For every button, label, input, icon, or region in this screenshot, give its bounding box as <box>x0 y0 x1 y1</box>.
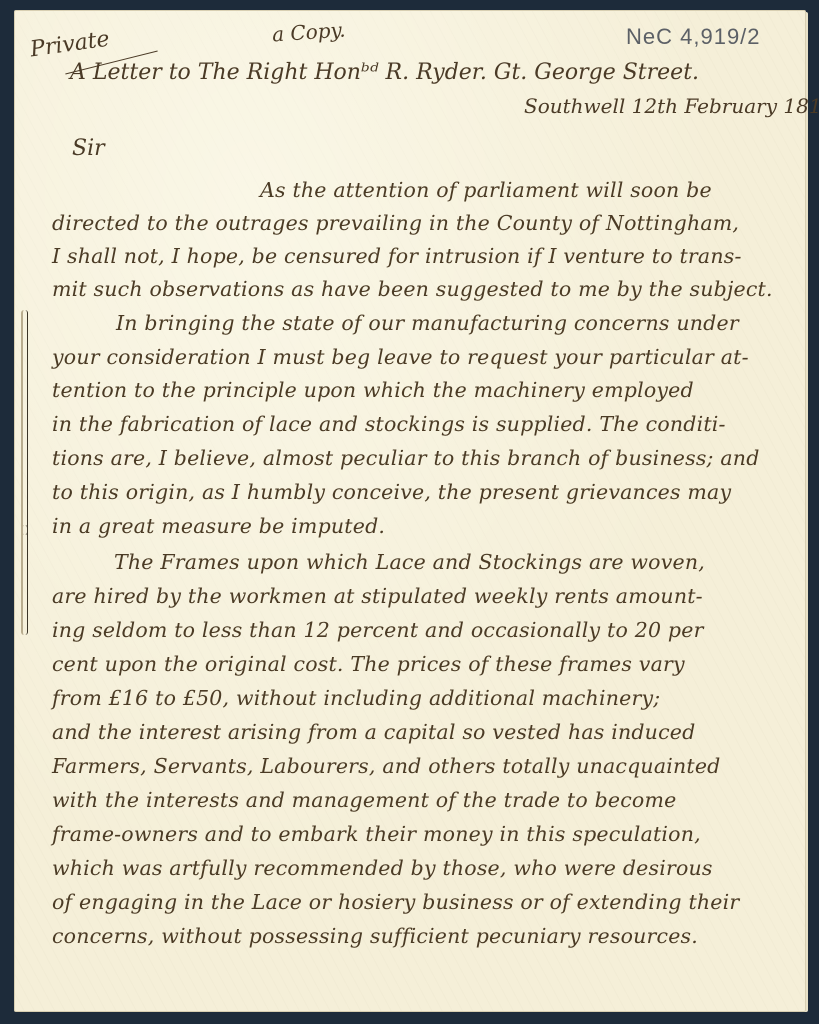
place-and-date: Southwell 12th February 1812 <box>524 94 819 118</box>
letter-line: of engaging in the Lace or hosiery busin… <box>52 890 812 914</box>
manuscript-page: Private a Copy. NeC 4,919/2 A Letter to … <box>14 10 806 1012</box>
letter-heading: A Letter to The Right Honᵇᵈ R. Ryder. Gt… <box>70 60 699 85</box>
letter-line: As the attention of parliament will soon… <box>260 178 819 202</box>
letter-line: from £16 to £50, without including addit… <box>52 686 812 710</box>
salutation: Sir <box>72 136 105 161</box>
letter-line: in a great measure be imputed. <box>52 514 812 538</box>
letter-line: The Frames upon which Lace and Stockings… <box>114 550 819 574</box>
letter-line: frame-owners and to embark their money i… <box>52 822 812 846</box>
copy-annotation: a Copy. <box>271 17 346 46</box>
letter-line: concerns, without possessing sufficient … <box>52 924 812 948</box>
letter-line: mit such observations as have been sugge… <box>52 277 812 301</box>
letter-line: in the fabrication of lace and stockings… <box>52 412 812 436</box>
letter-line: are hired by the workmen at stipulated w… <box>52 584 812 608</box>
letter-line: your consideration I must beg leave to r… <box>52 345 812 369</box>
private-annotation: Private <box>29 27 111 63</box>
letter-line: tention to the principle upon which the … <box>52 378 812 402</box>
letter-line: which was artfully recommended by those,… <box>52 856 812 880</box>
binding-stitch <box>21 310 28 535</box>
letter-line: ing seldom to less than 12 percent and o… <box>52 618 812 642</box>
letter-line: directed to the outrages prevailing in t… <box>52 211 812 235</box>
letter-line: to this origin, as I humbly conceive, th… <box>52 480 812 504</box>
letter-line: cent upon the original cost. The prices … <box>52 652 812 676</box>
letter-line: Farmers, Servants, Labourers, and others… <box>52 754 812 778</box>
letter-line: with the interests and management of the… <box>52 788 812 812</box>
letter-line: and the interest arising from a capital … <box>52 720 812 744</box>
catalogue-number: NeC 4,919/2 <box>626 24 761 50</box>
letter-line: In bringing the state of our manufacturi… <box>116 311 819 335</box>
letter-line: I shall not, I hope, be censured for int… <box>52 244 812 268</box>
letter-line: tions are, I believe, almost peculiar to… <box>52 446 812 470</box>
binding-stitch <box>21 525 28 635</box>
